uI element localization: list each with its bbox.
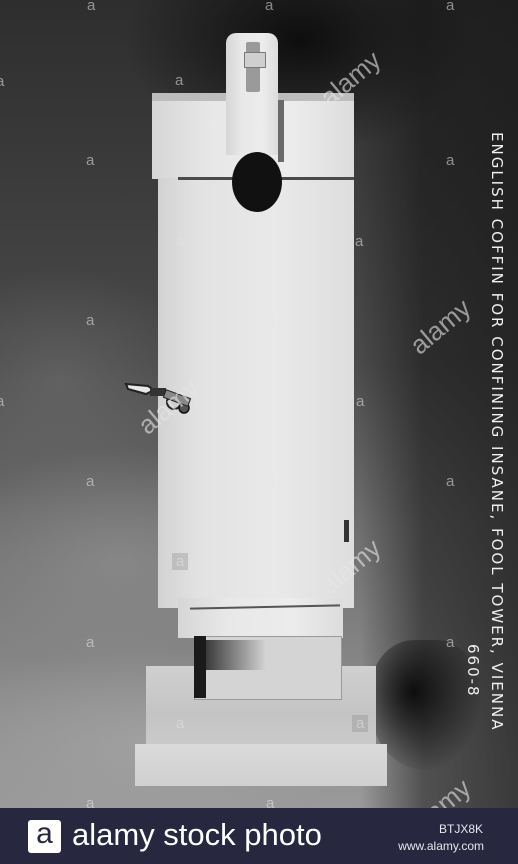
watermark-letter: a — [175, 73, 183, 88]
brand-name: alamy stock photo — [72, 816, 322, 854]
watermark-letter: a — [86, 796, 94, 808]
watermark-letter: a — [352, 715, 368, 732]
watermark-letter: a — [86, 474, 94, 489]
base-lower-step — [135, 744, 387, 786]
stock-photo-page: a a a a a a a a a a a a a a a a a a a a … — [0, 0, 518, 864]
watermark-letter: a — [86, 635, 94, 650]
photograph: a a a a a a a a a a a a a a a a a a a a … — [0, 0, 518, 808]
watermark-letter: a — [265, 0, 273, 13]
watermark-letter: a — [355, 234, 363, 249]
watermark-letter: a — [176, 716, 184, 731]
watermark-letter: a — [266, 474, 274, 489]
hinge — [344, 520, 349, 542]
image-id: BTJX8K — [439, 822, 483, 836]
watermark-letter: a — [0, 394, 4, 409]
drawer-shadow — [206, 640, 266, 670]
watermark-letter: a — [86, 313, 94, 328]
neck-hole — [232, 152, 282, 212]
watermark-letter: a — [176, 234, 184, 249]
watermark-letter: a — [86, 153, 94, 168]
site-url-link[interactable]: www.alamy.com — [398, 839, 484, 853]
watermark-letter: a — [266, 313, 274, 328]
watermark-letter: a — [0, 74, 4, 89]
watermark-letter: a — [446, 153, 454, 168]
clamp-groove — [278, 100, 284, 162]
watermark-letter: a — [446, 635, 454, 650]
watermark-letter: a — [266, 796, 274, 808]
photo-caption: ENGLISH COFFIN FOR CONFINING INSANE, FOO… — [488, 132, 506, 731]
watermark-letter: a — [87, 0, 95, 13]
watermark-letter: a — [446, 0, 454, 13]
photo-plate-number: 660-8 — [464, 644, 482, 698]
watermark-letter: a — [172, 553, 188, 570]
clamp-bolt — [244, 52, 266, 68]
watermark-letter: a — [446, 474, 454, 489]
watermark-letter: a — [356, 394, 364, 409]
alamy-logo-icon: a — [28, 820, 61, 853]
drawer-opening — [194, 636, 206, 698]
